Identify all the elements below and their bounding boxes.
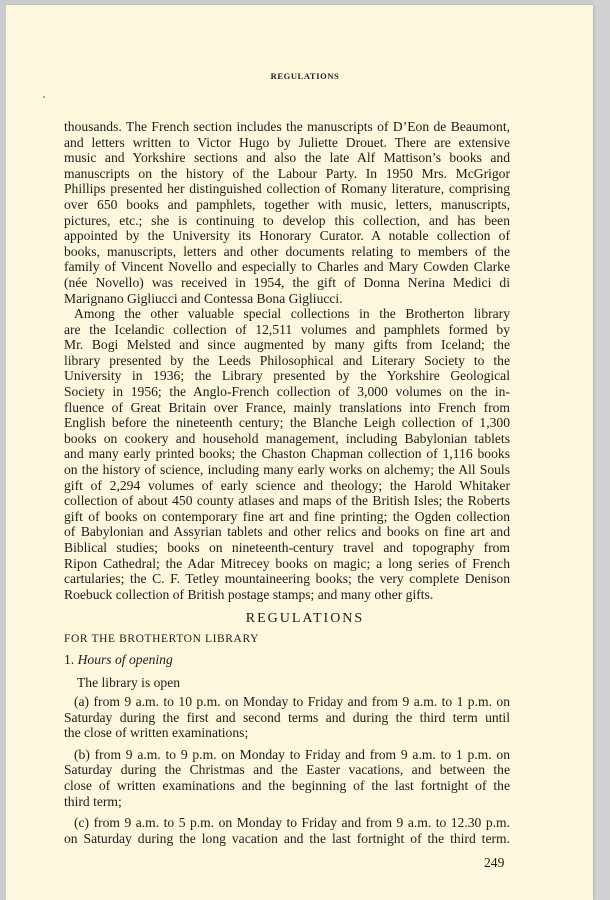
text-line: Saturday during the first and second ter… — [64, 710, 510, 726]
scan-margin — [593, 0, 610, 900]
rule-a: (a) from 9 a.m. to 10 p.m. on Monday to … — [64, 694, 510, 741]
opening-rules: (a) from 9 a.m. to 10 p.m. on Monday to … — [64, 694, 510, 852]
text-line: music and Yorkshire sections and also th… — [64, 150, 510, 166]
text-line: third term; — [64, 794, 510, 810]
text-line: over 650 books and pamphlets, together w… — [64, 197, 510, 213]
section-title: REGULATIONS — [0, 611, 610, 627]
text-line: (c) from 9 a.m. to 5 p.m. on Monday to F… — [64, 815, 510, 831]
text-line: pictures, etc.; she is continuing to dev… — [64, 213, 510, 229]
text-line: English before the nineteenth century; t… — [64, 415, 510, 431]
text-line: (b) from 9 a.m. to 9 p.m. on Monday to F… — [64, 747, 510, 763]
text-line: Among the other valuable special collect… — [64, 306, 510, 322]
text-line: (a) from 9 a.m. to 10 p.m. on Monday to … — [64, 694, 510, 710]
text-line: cartularies; the C. F. Tetley mountainee… — [64, 571, 510, 587]
text-line: close of written examinations and the be… — [64, 778, 510, 794]
text-line: library presented by the Leeds Philosoph… — [64, 353, 510, 369]
text-line: thousands. The French section includes t… — [64, 119, 510, 135]
text-line: appointed by the University its Honorary… — [64, 228, 510, 244]
text-line: on the history of science, including man… — [64, 462, 510, 478]
text-line: are the Icelandic collection of 12,511 v… — [64, 322, 510, 338]
text-line: Ripon Cathedral; the Adar Mitrecey books… — [64, 556, 510, 572]
text-line: Mr. Bogi Melsted and since augmented by … — [64, 337, 510, 353]
rule-c: (c) from 9 a.m. to 5 p.m. on Monday to F… — [64, 815, 510, 846]
open-intro: The library is open — [77, 675, 180, 691]
text-line: the close of written examinations; — [64, 725, 510, 741]
text-line: of Babylonian and Assyrian tablets and o… — [64, 524, 510, 540]
text-line: Roebuck collection of British postage st… — [64, 587, 510, 603]
text-line: fluence of Great Britain over France, ma… — [64, 400, 510, 416]
text-line: (née Novello) was received in 1954, the … — [64, 275, 510, 291]
text-line: Society in 1956; the Anglo-French collec… — [64, 384, 510, 400]
paragraph-collections-continued: thousands. The French section includes t… — [64, 119, 510, 306]
hours-heading: 1. Hours of opening — [64, 652, 173, 668]
rule-b: (b) from 9 a.m. to 9 p.m. on Monday to F… — [64, 747, 510, 809]
text-line: family of Vincent Novello and especially… — [64, 259, 510, 275]
text-line: Biblical studies; books on nineteenth-ce… — [64, 540, 510, 556]
text-line: and letters written to Victor Hugo by Ju… — [64, 135, 510, 151]
text-line: gift of 2,294 volumes of early science a… — [64, 478, 510, 494]
scan-speck — [43, 96, 45, 98]
text-line: books, manuscripts, letters and other do… — [64, 244, 510, 260]
text-line: University in 1936; the Library presente… — [64, 368, 510, 384]
text-line: Saturday during the Christmas and the Ea… — [64, 762, 510, 778]
section-number: 1. — [64, 652, 74, 667]
text-line: gift of books on contemporary fine art a… — [64, 509, 510, 525]
paragraph-special-collections: Among the other valuable special collect… — [64, 306, 510, 602]
text-line: and many early printed books; the Chasto… — [64, 446, 510, 462]
text-line: Marignano Gigliucci and Contessa Bona Gi… — [64, 291, 510, 307]
text-line: on Saturday during the long vacation and… — [64, 831, 510, 847]
text-line: Phillips presented her distinguished col… — [64, 181, 510, 197]
running-head: REGULATIONS — [0, 71, 610, 81]
page-number: 249 — [484, 855, 504, 871]
text-line: books on cookery and household managemen… — [64, 431, 510, 447]
text-line: collection of about 450 county atlases a… — [64, 493, 510, 509]
hours-heading-text: Hours of opening — [78, 652, 173, 667]
text-line: manuscripts on the history of the Labour… — [64, 166, 510, 182]
subsection-title: FOR THE BROTHERTON LIBRARY — [64, 633, 259, 645]
